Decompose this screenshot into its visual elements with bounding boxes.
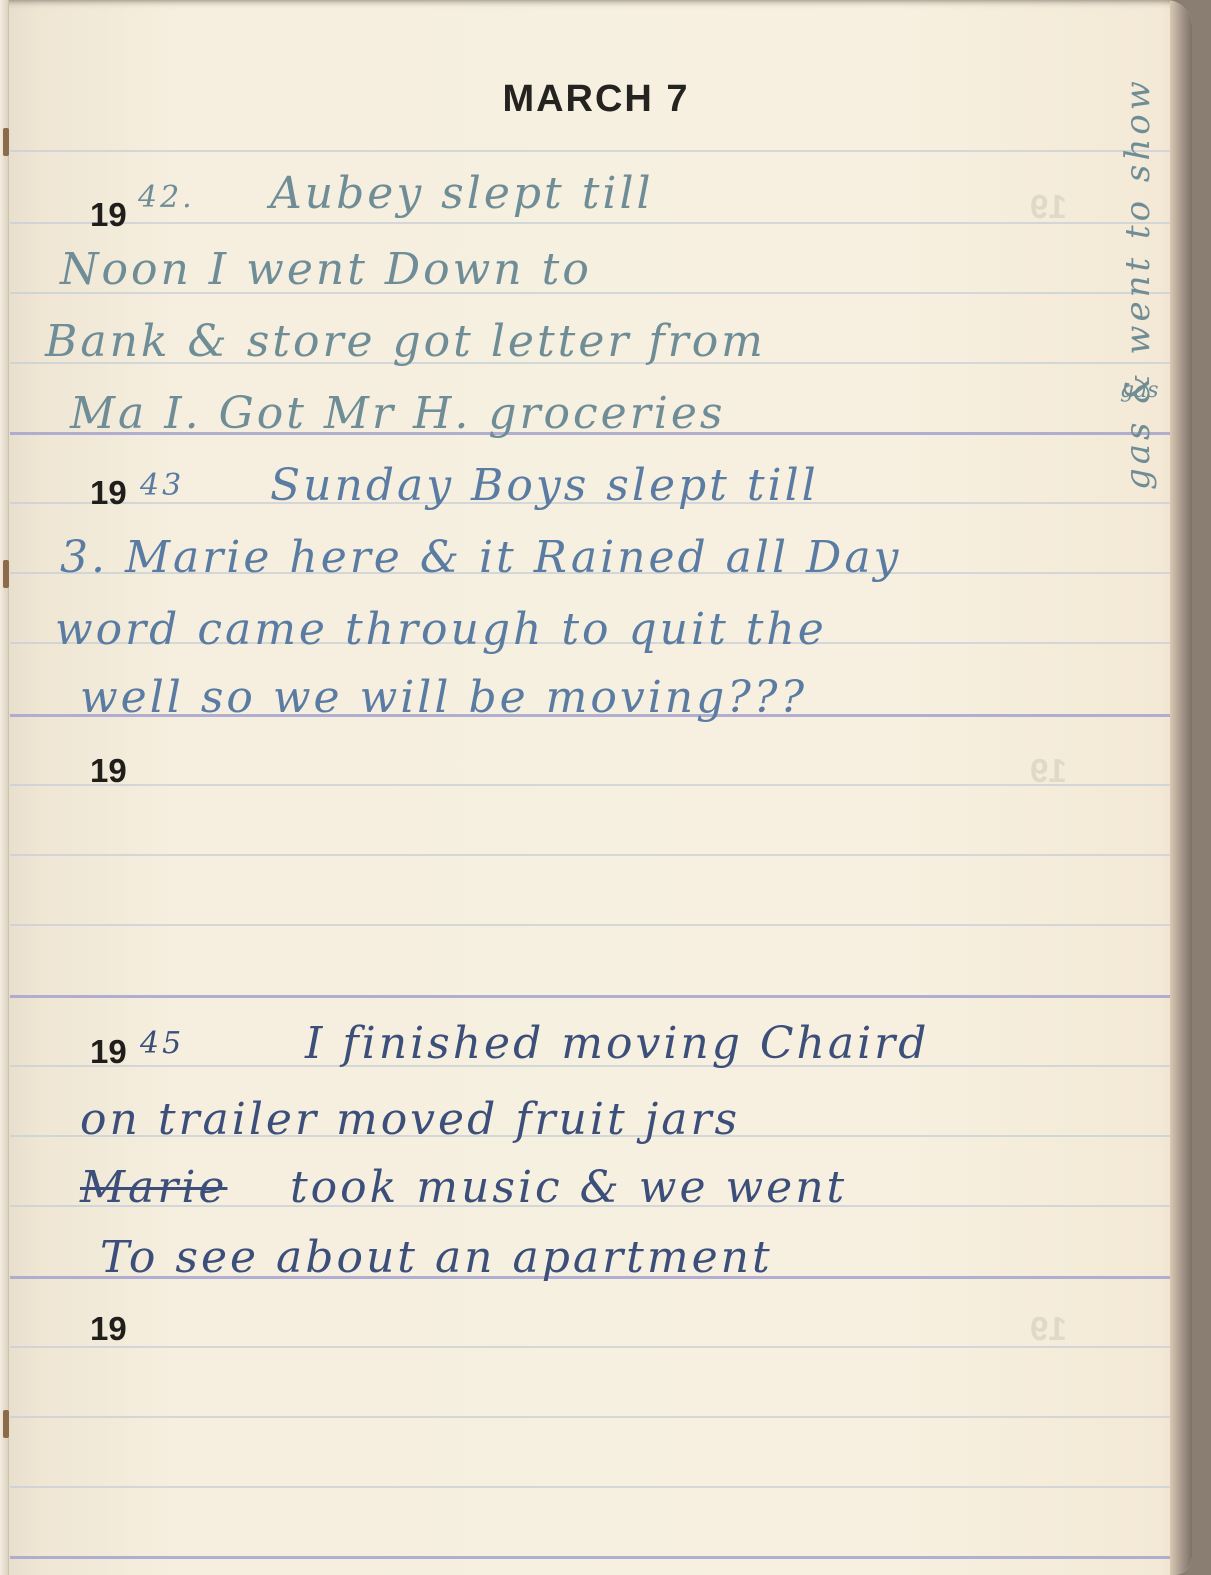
entry-line: Aubey slept till [270, 168, 654, 219]
ruled-line [10, 784, 1174, 786]
section-divider [10, 1556, 1174, 1559]
entry-line: on trailer moved fruit jars [80, 1094, 740, 1145]
entry-line: Sunday Boys slept till [270, 460, 819, 511]
year-suffix: 45 [140, 1026, 184, 1061]
ruled-line [10, 924, 1174, 926]
ruled-line [10, 854, 1174, 856]
binding-edge [0, 0, 9, 1575]
year-suffix: 42. [138, 180, 195, 215]
ruled-line [10, 1416, 1174, 1418]
year-prefix: 19 [90, 1033, 127, 1071]
diary-page: MARCH 7 19 19 19 19 42. Aubey slept till… [0, 0, 1192, 1575]
year-suffix: 43 [140, 468, 184, 503]
date-header: MARCH 7 [0, 78, 1192, 121]
entry-line: well so we will be moving??? [80, 672, 807, 723]
entry-line: Noon I went Down to [60, 244, 592, 295]
ruled-line [10, 222, 1174, 224]
year-prefix: 19 [90, 752, 127, 790]
entry-line: I finished moving Chaird [305, 1018, 929, 1069]
binding-stitch [3, 128, 9, 156]
year-prefix: 19 [90, 196, 127, 234]
entry-line: To see about an apartment [100, 1232, 773, 1283]
page-edge-shadow [1170, 0, 1192, 1575]
entry-line: took music & we went [290, 1162, 847, 1213]
ruled-line [10, 1346, 1174, 1348]
binding-stitch [3, 560, 9, 588]
show-through-mark: 19 [1030, 1310, 1067, 1348]
entry-line: word came through to quit the [55, 604, 827, 655]
year-prefix: 19 [90, 1310, 127, 1348]
show-through-mark: 19 [1030, 752, 1067, 790]
binding-stitch [3, 1410, 9, 1438]
section-divider [10, 995, 1174, 998]
struck-word: Marie [80, 1162, 227, 1213]
entry-line: 3. Marie here & it Rained all Day [60, 532, 901, 583]
ruled-line [10, 150, 1174, 152]
year-prefix: 19 [90, 474, 127, 512]
entry-line: Bank & store got letter from [45, 316, 766, 367]
entry-line: Ma I. Got Mr H. groceries [70, 388, 725, 439]
margin-note: gas & went to show [1118, 20, 1158, 490]
ruled-line [10, 1486, 1174, 1488]
show-through-mark: 19 [1030, 188, 1067, 226]
